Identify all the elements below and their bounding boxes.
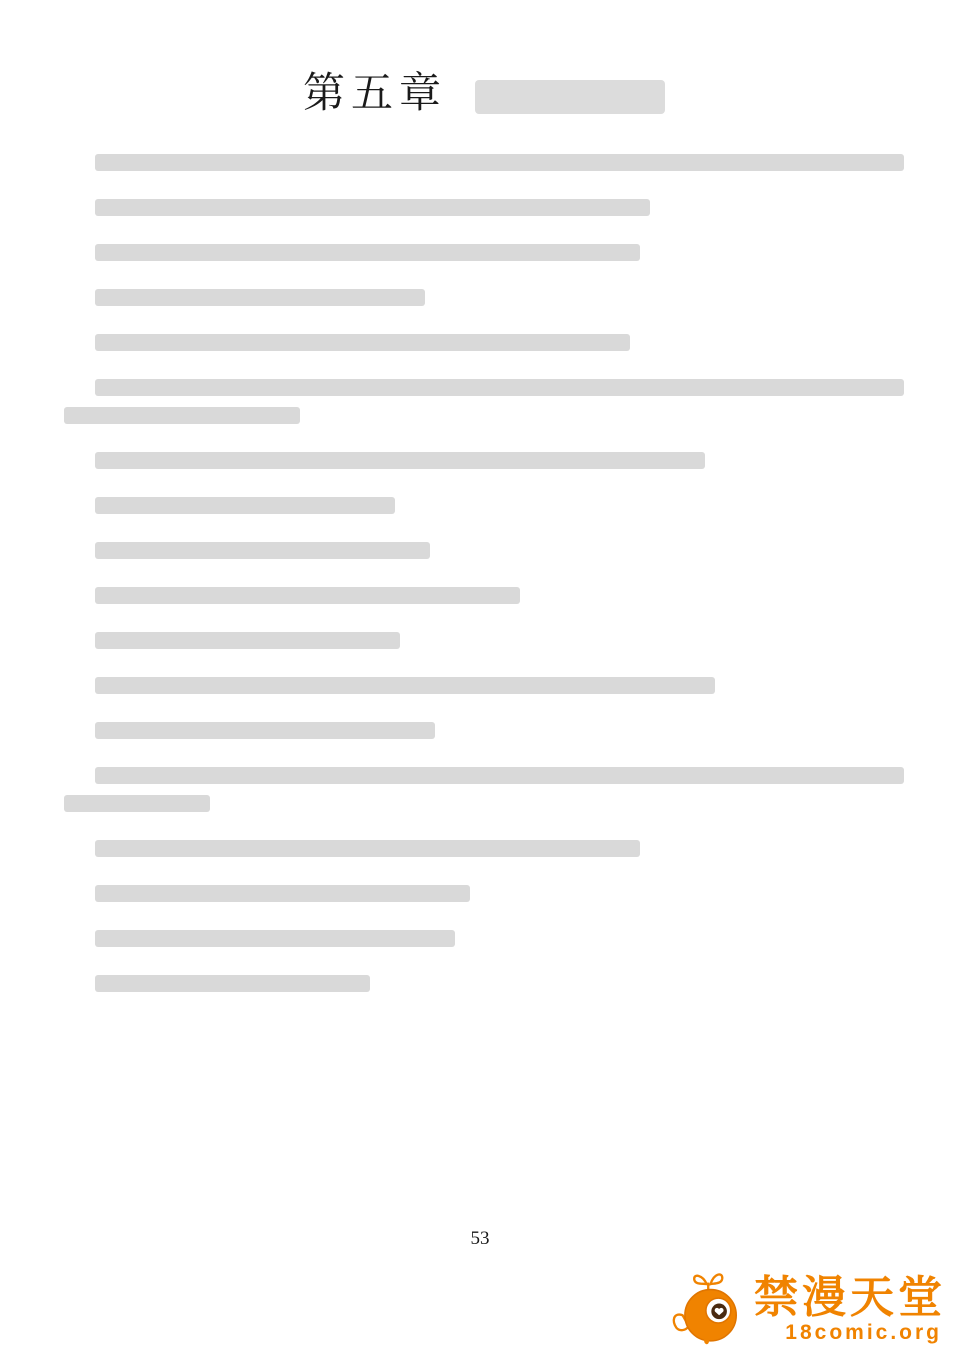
redacted-text-line xyxy=(95,452,705,469)
redacted-text-line xyxy=(95,930,455,947)
redacted-paragraph xyxy=(64,289,904,306)
redacted-text-line xyxy=(95,542,430,559)
site-watermark: 禁漫天堂 18comic.org xyxy=(670,1267,946,1351)
redacted-paragraph xyxy=(64,542,904,559)
redacted-paragraph xyxy=(64,767,904,812)
redacted-text-line xyxy=(95,244,640,261)
redacted-text-line xyxy=(95,334,630,351)
redacted-paragraph xyxy=(64,975,904,992)
redacted-text-line xyxy=(95,767,904,784)
redacted-paragraph xyxy=(64,497,904,514)
chapter-label: 第五章 xyxy=(303,71,447,117)
redacted-paragraph xyxy=(64,677,904,694)
page-number: 53 xyxy=(0,1228,960,1250)
redacted-paragraph xyxy=(64,244,904,261)
redacted-text-line xyxy=(95,379,904,396)
redacted-paragraph xyxy=(64,379,904,424)
redacted-text-line xyxy=(95,975,370,992)
redacted-text-line xyxy=(95,632,400,649)
redacted-paragraph xyxy=(64,722,904,739)
redacted-title xyxy=(475,80,665,114)
redacted-paragraph xyxy=(64,154,904,171)
redacted-text-line xyxy=(95,289,425,306)
redacted-body-text xyxy=(64,154,904,992)
redacted-paragraph xyxy=(64,632,904,649)
redacted-text-line xyxy=(64,407,300,424)
redacted-text-line xyxy=(95,722,435,739)
redacted-text-line xyxy=(95,199,650,216)
redacted-text-line xyxy=(95,885,470,902)
redacted-paragraph xyxy=(64,930,904,947)
redacted-paragraph xyxy=(64,587,904,604)
redacted-paragraph xyxy=(64,334,904,351)
document-page: 第五章 53 禁漫天堂 18comic.org xyxy=(0,0,960,1357)
watermark-site-url: 18comic.org xyxy=(785,1322,942,1343)
whale-mascot-icon xyxy=(670,1267,748,1351)
page-content: 第五章 xyxy=(64,60,904,1020)
redacted-text-line xyxy=(95,154,904,171)
redacted-text-line xyxy=(95,677,715,694)
redacted-text-line xyxy=(95,840,640,857)
redacted-text-line xyxy=(95,497,395,514)
watermark-brand-name: 禁漫天堂 xyxy=(754,1276,946,1320)
redacted-paragraph xyxy=(64,199,904,216)
redacted-text-line xyxy=(64,795,210,812)
chapter-title: 第五章 xyxy=(64,60,904,120)
redacted-text-line xyxy=(95,587,520,604)
redacted-paragraph xyxy=(64,452,904,469)
watermark-text: 禁漫天堂 18comic.org xyxy=(754,1276,946,1343)
redacted-paragraph xyxy=(64,885,904,902)
redacted-paragraph xyxy=(64,840,904,857)
